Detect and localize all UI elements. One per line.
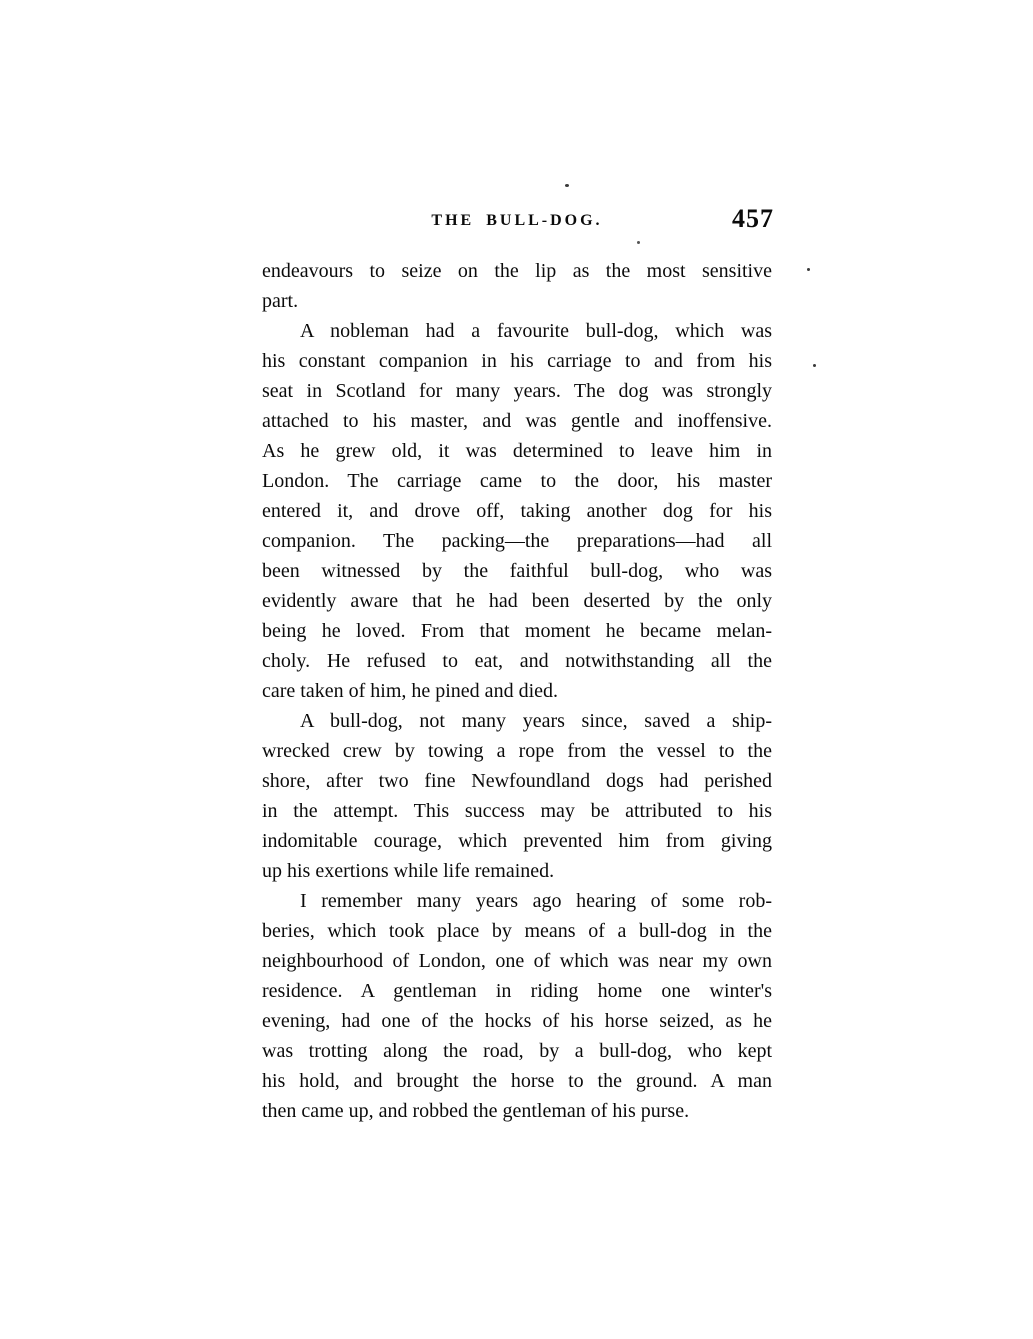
text-line: As he grew old, it was determined to lea… (262, 436, 772, 466)
text-line: evidently aware that he had been deserte… (262, 586, 772, 616)
scan-speck (565, 184, 569, 187)
text-line: care taken of him, he pined and died. (262, 676, 772, 706)
text-line: was trotting along the road, by a bull-d… (262, 1036, 772, 1066)
text-line: endeavours to seize on the lip as the mo… (262, 256, 772, 286)
text-line: wrecked crew by towing a rope from the v… (262, 736, 772, 766)
scan-speck (807, 268, 810, 271)
text-line: A bull-dog, not many years since, saved … (262, 706, 772, 736)
text-line: choly. He refused to eat, and notwithsta… (262, 646, 772, 676)
scan-speck (813, 364, 816, 367)
scan-speck (637, 241, 640, 244)
text-line: entered it, and drove off, taking anothe… (262, 496, 772, 526)
text-line: part. (262, 286, 772, 316)
page-number: 457 (262, 205, 774, 233)
text-line: indomitable courage, which prevented him… (262, 826, 772, 856)
text-line: being he loved. From that moment he beca… (262, 616, 772, 646)
text-line: shore, after two fine Newfoundland dogs … (262, 766, 772, 796)
text-line: up his exertions while life remained. (262, 856, 772, 886)
text-line: then came up, and robbed the gentleman o… (262, 1096, 772, 1126)
body-text: endeavours to seize on the lip as the mo… (262, 256, 772, 1126)
text-line: been witnessed by the faithful bull-dog,… (262, 556, 772, 586)
text-line: neighbourhood of London, one of which wa… (262, 946, 772, 976)
text-line: London. The carriage came to the door, h… (262, 466, 772, 496)
text-line: his hold, and brought the horse to the g… (262, 1066, 772, 1096)
text-line: A nobleman had a favourite bull-dog, whi… (262, 316, 772, 346)
text-line: in the attempt. This success may be attr… (262, 796, 772, 826)
text-line: attached to his master, and was gentle a… (262, 406, 772, 436)
book-page: THE BULL-DOG. 457 endeavours to seize on… (0, 0, 1033, 1339)
text-line: residence. A gentleman in riding home on… (262, 976, 772, 1006)
text-line: evening, had one of the hocks of his hor… (262, 1006, 772, 1036)
text-line: seat in Scotland for many years. The dog… (262, 376, 772, 406)
text-line: companion. The packing—the preparations—… (262, 526, 772, 556)
text-line: his constant companion in his carriage t… (262, 346, 772, 376)
text-line: I remember many years ago hearing of som… (262, 886, 772, 916)
text-line: beries, which took place by means of a b… (262, 916, 772, 946)
